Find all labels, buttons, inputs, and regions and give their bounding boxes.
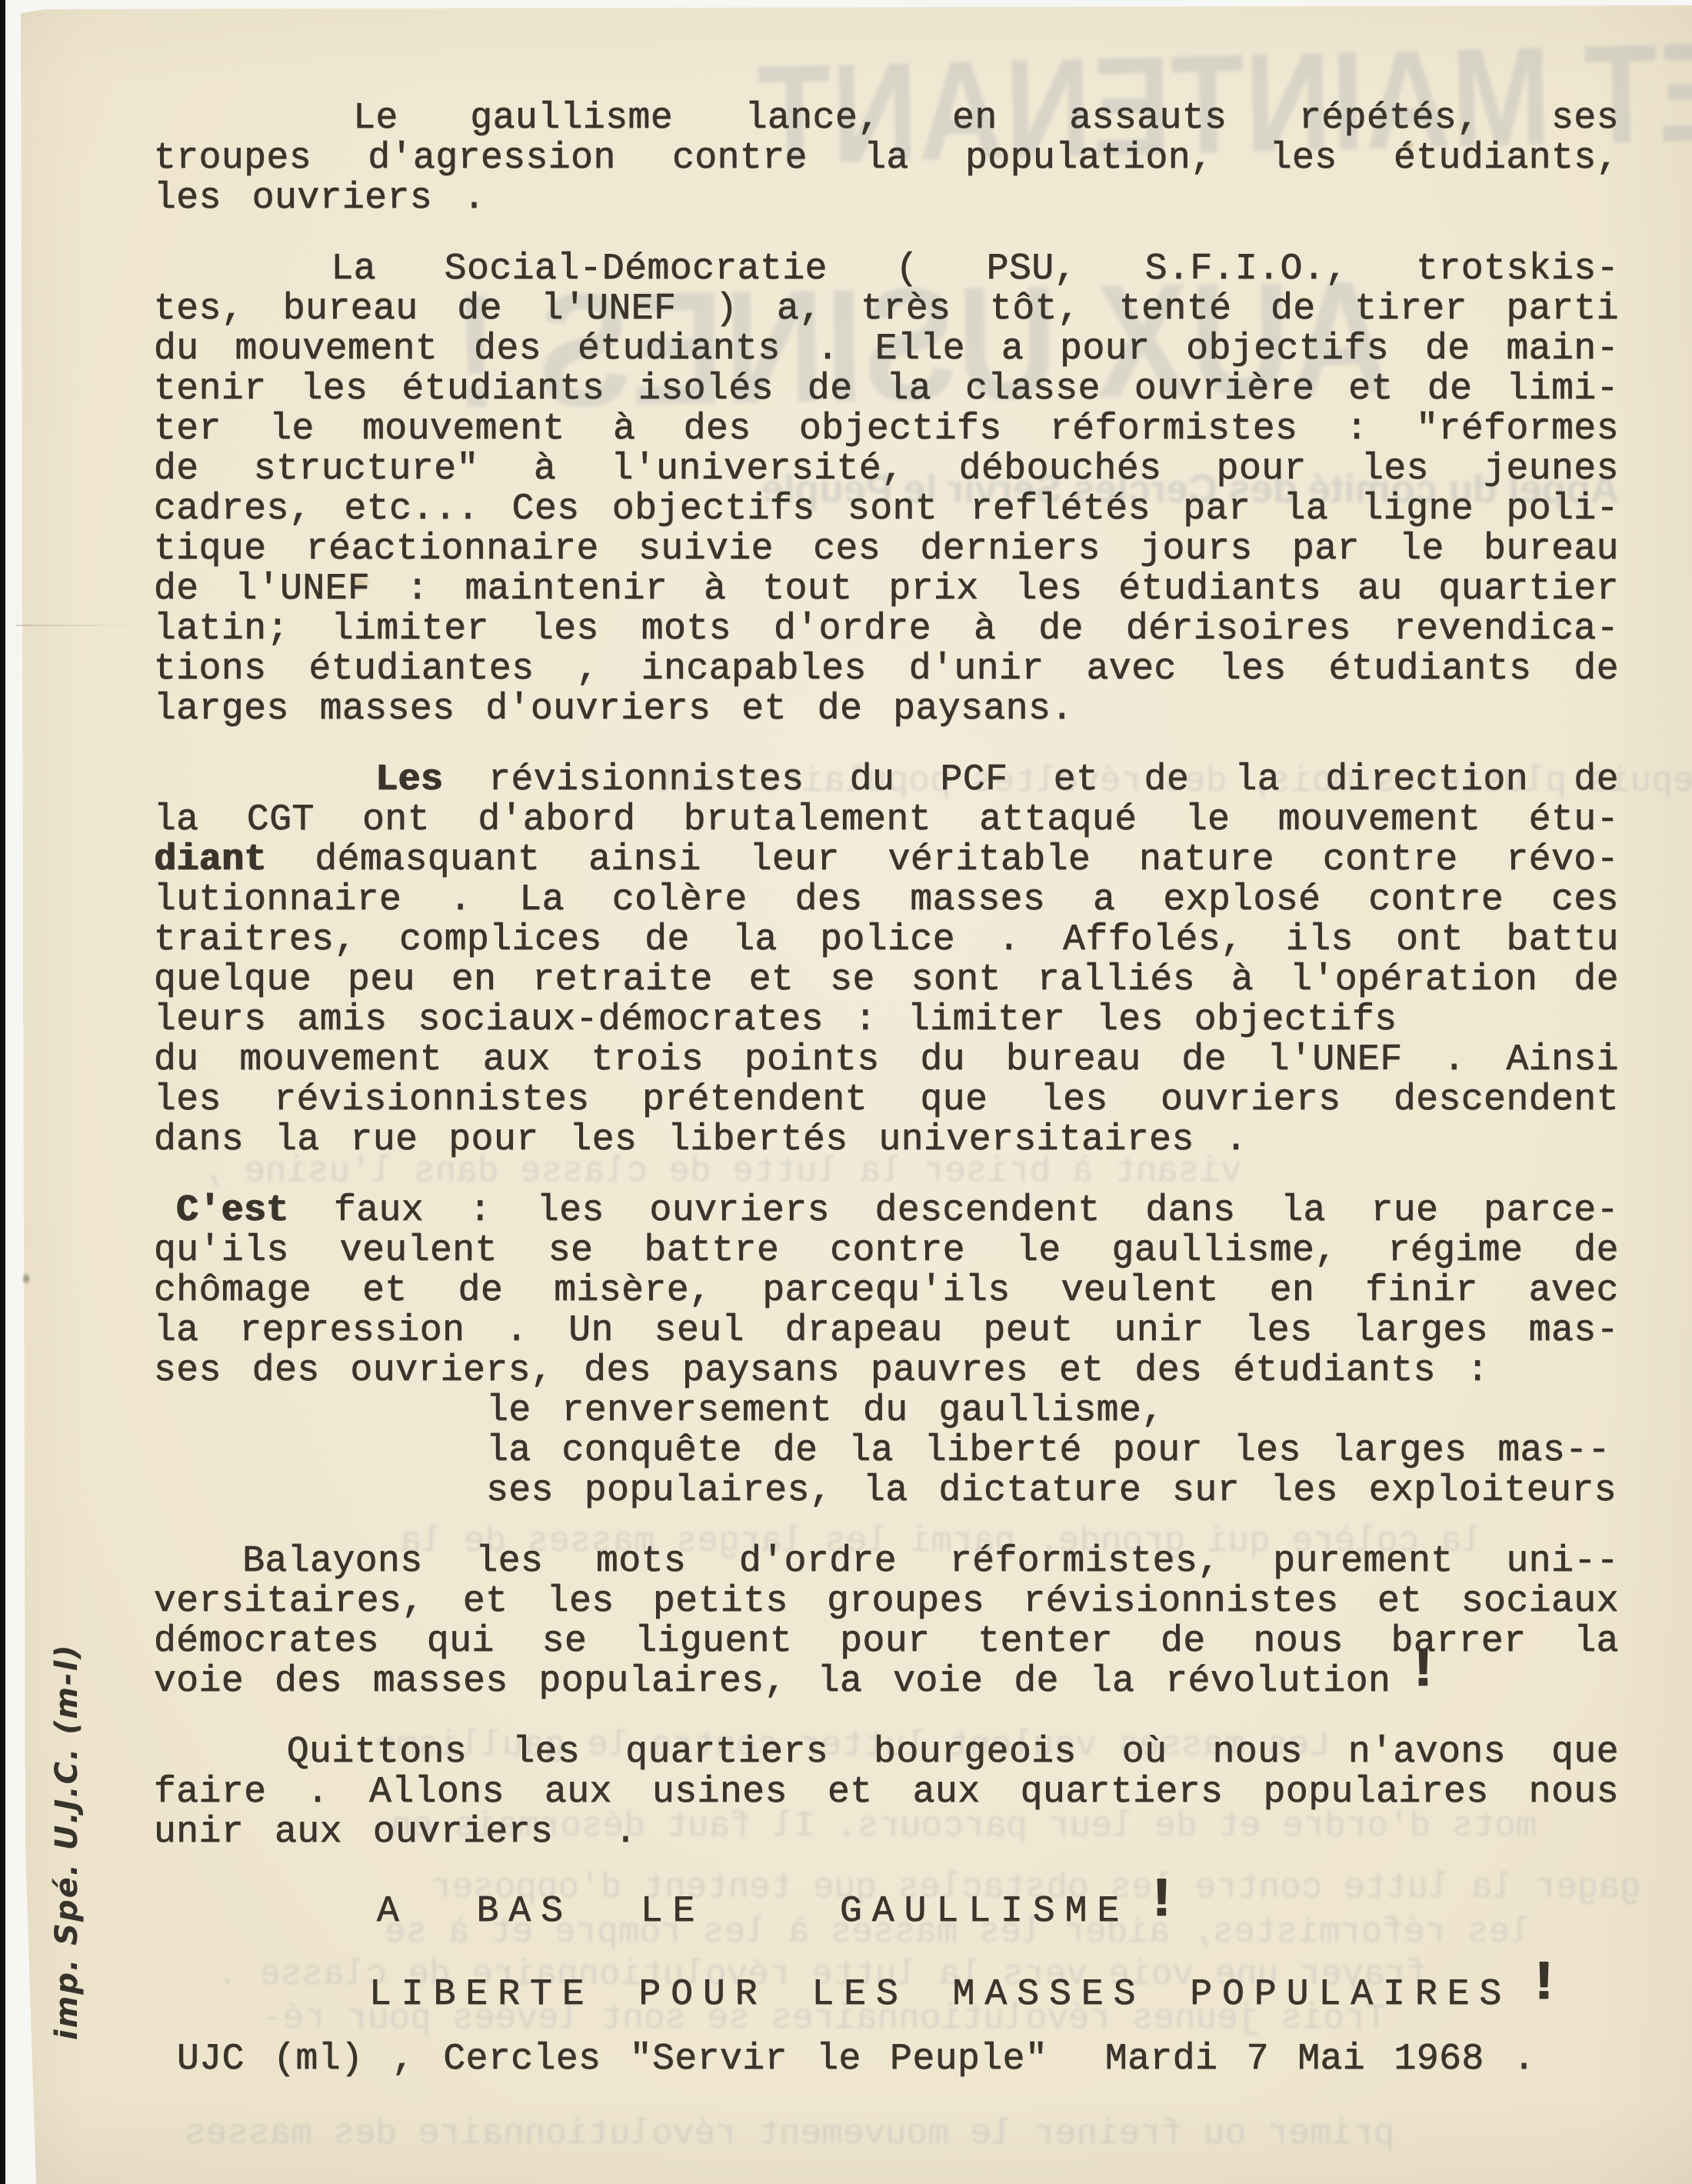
line-text: révisionnistes du PCF et de la direction… [443,759,1619,801]
document-line: faire . Allons aux usines et aux quartie… [154,1772,1619,1812]
line-text: la conquête de la liberté pour les large… [486,1430,1610,1472]
document-line: dans la rue pour les libertés universita… [154,1120,1619,1160]
line-text: de structure" à l'université, débouchés … [154,448,1619,490]
line-text: qu'ils veulent se battre contre le gaull… [154,1230,1619,1272]
line-text: La Social-Démocratie ( PSU, S.F.I.O., tr… [331,248,1619,290]
paper-stain [22,1272,31,1285]
line-text: voie des masses populaires, la voie de l… [154,1661,1391,1702]
document-line: Balayons les mots d'ordre réformistes, p… [154,1542,1619,1582]
paragraph: Les révisionnistes du PCF et de la direc… [154,760,1619,1160]
line-text: versitaires, et les petits groupes révis… [154,1581,1619,1622]
slogan-gaullisme: A BAS LE GAULLISME! [377,1887,1619,1936]
slogan-text: A BAS LE GAULLISME [377,1891,1129,1932]
line-text: troupes d'agression contre la population… [154,138,1619,179]
document-line: Quittons les quartiers bourgeois où nous… [154,1732,1619,1772]
document-line: de l'UNEF : maintenir à tout prix les ét… [154,569,1619,609]
line-text: tions étudiantes , incapables d'unir ave… [154,649,1619,690]
document-line: unir aux ouvriers . [154,1812,1619,1852]
line-text: les révisionnistes prétendent que les ou… [154,1079,1619,1121]
document-line: la repression . Un seul drapeau peut uni… [154,1311,1619,1351]
scanned-leaflet: ET MAINTENANT AUX USINES ! Appel du comi… [0,0,1692,2184]
document-line: traitres, complices de la police . Affol… [154,920,1619,960]
document-line: La Social-Démocratie ( PSU, S.F.I.O., tr… [154,249,1619,289]
document-line: troupes d'agression contre la population… [154,138,1619,178]
document-line: tenir les étudiants isolés de la classe … [154,369,1619,409]
ghost-text-line: primer ou freiner le mouvement révolutio… [185,2114,1394,2154]
paragraph: La Social-Démocratie ( PSU, S.F.I.O., tr… [154,249,1619,729]
line-text: traitres, complices de la police . Affol… [154,919,1619,961]
exclamation-mark: ! [1391,1639,1440,1702]
signature-date-line: UJC (ml) , Cercles "Servir le Peuple" Ma… [177,2039,1619,2079]
line-text: larges masses d'ouvriers et de paysans. [154,689,1074,730]
document-line: du mouvement aux trois points du bureau … [154,1040,1619,1080]
line-text: lutionnaire . La colère des masses a exp… [154,879,1619,921]
document-line: qu'ils veulent se battre contre le gaull… [154,1231,1619,1271]
line-text: Quittons les quartiers bourgeois où nous… [287,1732,1619,1773]
document-line: latin; limiter les mots d'ordre à de dér… [154,609,1619,649]
line-text: unir aux ouvriers . [154,1812,637,1853]
document-line: Le gaullisme lance, en assauts répétés, … [154,98,1619,138]
line-text: ter le mouvement à des objectifs réformi… [154,408,1619,450]
document-line: du mouvement des étudiants . Elle a pour… [154,329,1619,369]
paragraph: C'est faux : les ouvriers descendent dan… [154,1191,1619,1511]
line-text: chômage et de misère, parcequ'ils veulen… [154,1270,1619,1312]
paragraph: Balayons les mots d'ordre réformistes, p… [154,1542,1619,1702]
line-text: quelque peu en retraite et se sont ralli… [154,959,1619,1001]
document-line: diant démasquant ainsi leur véritable na… [154,840,1619,880]
document-line: de structure" à l'université, débouchés … [154,449,1619,489]
document-line: la conquête de la liberté pour les large… [154,1431,1619,1471]
overstruck-word: diant [154,839,267,881]
line-text: les ouvriers . [154,178,485,219]
line-text: faux : les ouvriers descendent dans la r… [288,1190,1619,1232]
line-text: la CGT ont d'abord brutalement attaqué l… [154,799,1619,841]
document-line: tes, bureau de l'UNEF ) a, très tôt, ten… [154,289,1619,329]
exclamation-mark: ! [1129,1869,1187,1932]
paragraph: Le gaullisme lance, en assauts répétés, … [154,98,1619,218]
document-line: tique réactionnaire suivie ces derniers … [154,529,1619,569]
line-text: tenir les étudiants isolés de la classe … [154,368,1619,410]
document-line: chômage et de misère, parcequ'ils veulen… [154,1271,1619,1311]
line-text: le renversement du gaullisme, [486,1390,1164,1432]
document-line: les ouvriers . [154,178,1619,218]
document-line: la CGT ont d'abord brutalement attaqué l… [154,800,1619,840]
exclamation-mark: ! [1511,1952,1570,2016]
line-text: latin; limiter les mots d'ordre à de dér… [154,609,1619,650]
line-text: ses populaires, la dictature sur les exp… [486,1470,1617,1512]
document-line: le renversement du gaullisme, [154,1391,1619,1431]
line-text: ses des ouvriers, des paysans pauvres et… [154,1350,1489,1392]
line-text: démasquant ainsi leur véritable nature c… [267,839,1619,881]
overstruck-word: Les [375,759,443,801]
document-line: les révisionnistes prétendent que les ou… [154,1080,1619,1120]
line-text: de l'UNEF : maintenir à tout prix les ét… [154,569,1619,610]
document-line: cadres, etc... Ces objectifs sont reflét… [154,489,1619,529]
printer-imprint-handwritten: imp. Spé. U.J.C. (m-l) [49,1709,85,2040]
paper-crease [15,625,138,626]
overstruck-word: C'est [176,1190,289,1232]
document-line: versitaires, et les petits groupes révis… [154,1582,1619,1622]
document-line: tions étudiantes , incapables d'unir ave… [154,649,1619,689]
line-text: tes, bureau de l'UNEF ) a, très tôt, ten… [154,288,1619,330]
paragraph: Quittons les quartiers bourgeois où nous… [154,1732,1619,1852]
document-line: ses populaires, la dictature sur les exp… [154,1471,1619,1511]
line-text: tique réactionnaire suivie ces derniers … [154,528,1619,570]
line-text: dans la rue pour les libertés universita… [154,1119,1247,1161]
document-line: lutionnaire . La colère des masses a exp… [154,880,1619,920]
document-line: voie des masses populaires, la voie de l… [154,1662,1619,1702]
slogan-text: LIBERTE POUR LES MASSES POPULAIRES [369,1974,1511,2016]
document-line: C'est faux : les ouvriers descendent dan… [154,1191,1619,1231]
line-text: du mouvement des étudiants . Elle a pour… [154,328,1619,370]
document-line: ses des ouvriers, des paysans pauvres et… [154,1351,1619,1391]
document-line: Les révisionnistes du PCF et de la direc… [154,760,1619,800]
line-text: leurs amis sociaux-démocrates : limiter … [154,999,1397,1041]
line-text: Balayons les mots d'ordre réformistes, p… [242,1541,1619,1582]
line-text: Le gaullisme lance, en assauts répétés, … [353,98,1619,139]
line-text: du mouvement aux trois points du bureau … [154,1039,1619,1081]
line-text: la repression . Un seul drapeau peut uni… [154,1310,1619,1352]
document-line: ter le mouvement à des objectifs réformi… [154,409,1619,449]
document-line: larges masses d'ouvriers et de paysans. [154,689,1619,729]
document-line: leurs amis sociaux-démocrates : limiter … [154,1000,1619,1040]
line-text: faire . Allons aux usines et aux quartie… [154,1772,1619,1813]
document-text: Le gaullisme lance, en assauts répétés, … [154,98,1619,2079]
slogan-liberte: LIBERTE POUR LES MASSES POPULAIRES! [369,1970,1619,2019]
document-line: quelque peu en retraite et se sont ralli… [154,960,1619,1000]
line-text: cadres, etc... Ces objectifs sont reflét… [154,488,1619,530]
